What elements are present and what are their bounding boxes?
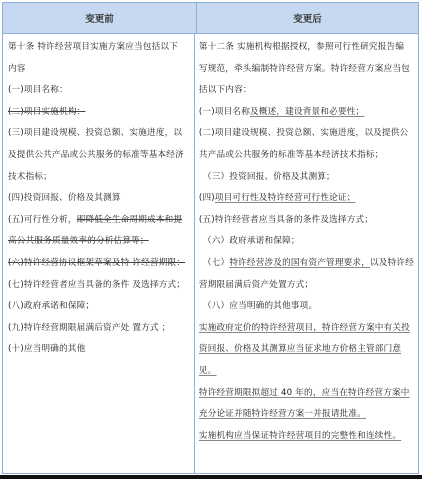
- clause-text: 共产品或公共服务的标准等基本经济技术指标；: [199, 150, 384, 160]
- inserted-text: 实施政府定价的特许经营项目，特许经营方案中有关投: [199, 323, 410, 333]
- clause-line: 实施机构应当保证特许经营项目的完整性和连续性。: [199, 426, 414, 448]
- clause-line: 特许经营期限拟超过 40 年的，应当在特许经营方案中: [199, 383, 414, 405]
- clause-line: 充分论证并随特许经营方案一并报请批准。: [199, 404, 414, 426]
- clause-text: 营期限届满后资产处置方式；: [199, 280, 313, 290]
- table-body: 第十条 特许经营项目实施方案应当包括以下内容(一)项目名称：(二)项目实施机构：…: [3, 34, 418, 473]
- clause-text: (五)特许经营者应当具备的条件及选择方式；: [199, 215, 373, 225]
- deleted-text: 高公共服务质量效率的分析估算等；: [8, 236, 149, 246]
- clause-text: (五)可行性分析，: [8, 215, 77, 225]
- clause-line: (二)项目实施机构：: [8, 102, 190, 124]
- clause-line: (七)特许经营者应当具备的条件 及选择方式；: [8, 275, 190, 297]
- clause-text: (三)项目建设规模、投资总额、实施进度，以: [8, 128, 182, 138]
- inserted-text: 见。: [199, 366, 217, 376]
- header-after: 变更后: [197, 3, 418, 33]
- clause-text: 第十二条 实施机构根据授权，参照可行性研究报告编: [199, 42, 404, 52]
- clause-text: 以及特许经: [370, 258, 414, 268]
- clause-line: 及提供公共产品或公共服务的标准等基本经济: [8, 145, 190, 167]
- clause-line: (一)项目名称：: [8, 80, 190, 102]
- inserted-text: 特许经营涉及的国有资产管理要求，: [229, 258, 370, 268]
- inserted-text: 充分论证并随特许经营方案一并报请批准。: [199, 409, 366, 419]
- inserted-text: 实施机构应当保证特许经营项目的完整性和连续性。: [199, 431, 401, 441]
- clause-text: (一)项目名称：: [8, 85, 68, 95]
- clause-text: (四): [199, 193, 215, 203]
- deleted-text: 即降低全生命周期成本和提: [77, 215, 183, 225]
- clause-line: 高公共服务质量效率的分析估算等；: [8, 231, 190, 253]
- clause-text: (十)应当明确的其他: [8, 344, 85, 354]
- clause-line: 见。: [199, 361, 414, 383]
- clause-line: 技术指标；: [8, 167, 190, 189]
- clause-text: 第十条 特许经营项目实施方案应当包括以下: [8, 42, 178, 52]
- clause-line: (十)应当明确的其他: [8, 339, 190, 361]
- clause-line: (一)项目名称及概述，建设背景和必要性；: [199, 102, 414, 124]
- clause-line: (三)项目建设规模、投资总额、实施进度，以: [8, 123, 190, 145]
- clause-line: 内容: [8, 59, 190, 81]
- clause-line: （六）政府承诺和保障；: [199, 231, 414, 253]
- comparison-table: 变更前 变更后 第十条 特许经营项目实施方案应当包括以下内容(一)项目名称：(二…: [2, 2, 419, 474]
- header-before: 变更前: [3, 3, 197, 33]
- clause-line: 括以下内容：: [199, 80, 414, 102]
- clause-line: （三）投资回报、价格及其测算；: [199, 167, 414, 189]
- clause-line: (六)特许经营协议框架草案及特 许经营期限：: [8, 253, 190, 275]
- after-column: 第十二条 实施机构根据授权，参照可行性研究报告编写规范，牵头编制特许经营方案。特…: [195, 34, 418, 473]
- clause-text: （七）: [199, 258, 229, 268]
- clause-text: 写规范，牵头编制特许经营方案。特许经营方案应当包: [199, 64, 410, 74]
- bottom-border-bar: [0, 475, 422, 479]
- clause-line: （八）应当明确的其他事项。: [199, 296, 414, 318]
- clause-text: (八)政府承诺和保障；: [8, 301, 94, 311]
- clause-line: 写规范，牵头编制特许经营方案。特许经营方案应当包: [199, 59, 414, 81]
- clause-line: (八)政府承诺和保障；: [8, 296, 190, 318]
- clause-text: (四)投资回报、价格及其测算: [8, 193, 121, 203]
- inserted-text: 特许经营期限拟超过 40 年的，应当在特许经营方案中: [199, 388, 410, 398]
- clause-line: (二)项目建设规模、投资总额、实施进度，以及提供公: [199, 123, 414, 145]
- clause-text: 括以下内容：: [199, 85, 252, 95]
- clause-text: 内容: [8, 64, 26, 74]
- clause-text: (七)特许经营者应当具备的条件 及选择方式；: [8, 280, 185, 290]
- clause-text: (九)特许经营期限届满后资产处 置方式 ；: [8, 323, 170, 333]
- clause-line: 第十条 特许经营项目实施方案应当包括以下: [8, 37, 190, 59]
- deleted-text: (六)特许经营协议框架草案及特 许经营期限：: [8, 258, 185, 268]
- clause-text: （三）投资回报、价格及其测算；: [199, 172, 335, 182]
- clause-line: 共产品或公共服务的标准等基本经济技术指标；: [199, 145, 414, 167]
- before-column: 第十条 特许经营项目实施方案应当包括以下内容(一)项目名称：(二)项目实施机构：…: [3, 34, 195, 473]
- clause-line: （七）特许经营涉及的国有资产管理要求，以及特许经: [199, 253, 414, 275]
- clause-line: 实施政府定价的特许经营项目，特许经营方案中有关投: [199, 318, 414, 340]
- deleted-text: (二)项目实施机构：: [8, 107, 85, 117]
- inserted-text: 及概述，建设背景和必要性；: [250, 107, 364, 117]
- clause-line: (五)可行性分析，即降低全生命周期成本和提: [8, 210, 190, 232]
- clause-line: 营期限届满后资产处置方式；: [199, 275, 414, 297]
- clause-line: (四)项目可行性及特许经营可行性论证；: [199, 188, 414, 210]
- inserted-text: 资回报、价格及其测算应当征求地方价格主管部门意: [199, 344, 401, 354]
- table-header: 变更前 变更后: [3, 3, 418, 34]
- clause-line: 第十二条 实施机构根据授权，参照可行性研究报告编: [199, 37, 414, 59]
- clause-text: (二)项目建设规模、投资总额、实施进度，以及提供公: [199, 128, 408, 138]
- clause-line: (九)特许经营期限届满后资产处 置方式 ；: [8, 318, 190, 340]
- clause-line: (四)投资回报、价格及其测算: [8, 188, 190, 210]
- clause-text: （六）政府承诺和保障；: [199, 236, 300, 246]
- clause-text: 技术指标；: [8, 172, 52, 182]
- clause-text: (一)项目名称: [199, 107, 250, 117]
- clause-line: 资回报、价格及其测算应当征求地方价格主管部门意: [199, 339, 414, 361]
- clause-line: (五)特许经营者应当具备的条件及选择方式；: [199, 210, 414, 232]
- clause-text: （八）应当明确的其他事项。: [199, 301, 317, 311]
- inserted-text: 项目可行性及特许经营可行性论证；: [215, 193, 356, 203]
- clause-text: 及提供公共产品或公共服务的标准等基本经济: [8, 150, 184, 160]
